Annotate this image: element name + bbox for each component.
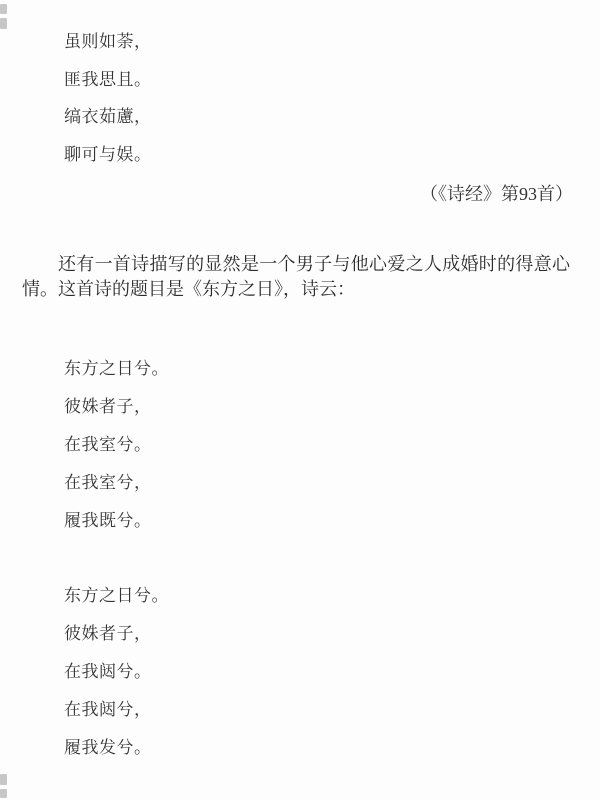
poem-line: 彼姝者子， — [64, 388, 169, 426]
poem-line: 聊可与娱。 — [64, 136, 152, 174]
left-edge-scan-artifact — [0, 4, 7, 14]
poem-line: 在我闼兮， — [64, 691, 169, 729]
poem-line: 缟衣茹藘， — [64, 98, 152, 136]
poem-line: 履我既兮。 — [64, 502, 169, 540]
prose-paragraph: 还有一首诗描写的显然是一个男子与他心爱之人成婚时的得意心情。这首诗的题目是《东方… — [22, 252, 570, 302]
poem-line: 在我室兮， — [64, 464, 169, 502]
poem-dongfangzhiri-stanza-1: 东方之日兮。 彼姝者子， 在我室兮。 在我室兮， 履我既兮。 — [64, 350, 169, 540]
poem-source-citation: （《诗经》第93首） — [420, 182, 573, 206]
left-edge-scan-artifact — [0, 774, 7, 785]
poem-line: 履我发兮。 — [64, 729, 169, 767]
book-page: 虽则如荼， 匪我思且。 缟衣茹藘， 聊可与娱。 （《诗经》第93首） 还有一首诗… — [0, 0, 600, 800]
left-edge-scan-artifact — [0, 789, 7, 798]
poem-line: 东方之日兮。 — [64, 577, 169, 615]
poem-line: 匪我思且。 — [64, 61, 152, 99]
poem-line: 在我闼兮。 — [64, 653, 169, 691]
poem-dongfangzhiri-stanza-2: 东方之日兮。 彼姝者子， 在我闼兮。 在我闼兮， 履我发兮。 — [64, 577, 169, 767]
poem-line: 彼姝者子， — [64, 615, 169, 653]
poem-line: 在我室兮。 — [64, 426, 169, 464]
poem-excerpt-shijing-93: 虽则如荼， 匪我思且。 缟衣茹藘， 聊可与娱。 — [64, 23, 152, 173]
poem-line: 东方之日兮。 — [64, 350, 169, 388]
left-edge-scan-artifact — [0, 18, 7, 29]
poem-line: 虽则如荼， — [64, 23, 152, 61]
